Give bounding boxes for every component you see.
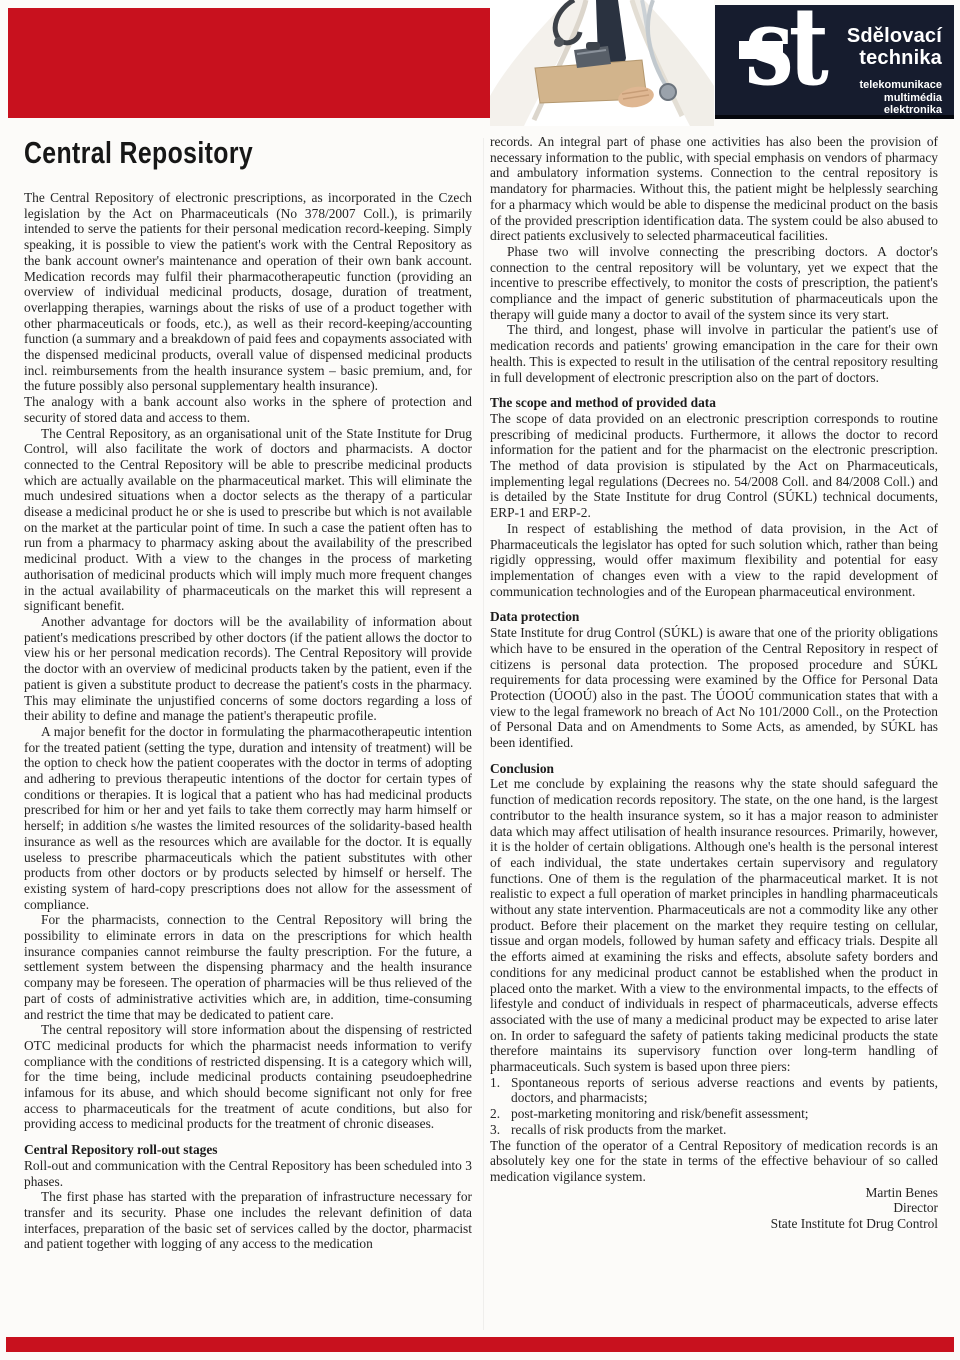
section-heading: Conclusion (490, 761, 938, 777)
paragraph: For the pharmacists, connection to the C… (24, 912, 472, 1022)
header-red-banner (8, 8, 490, 118)
section-heading: Central Repository roll-out stages (24, 1142, 472, 1158)
list-item-text: recalls of risk products from the market… (511, 1122, 938, 1138)
left-column: Central Repository The Central Repositor… (24, 138, 472, 1252)
st-logo-monogram: st (745, 0, 824, 101)
signature-line: State Institute fot Drug Control (490, 1216, 938, 1232)
st-logo-name: Sdělovací technika (847, 25, 942, 69)
paragraph: The central repository will store inform… (24, 1022, 472, 1132)
paragraph: The analogy with a bank account also wor… (24, 394, 472, 425)
signature-line: Martin Benes (490, 1185, 938, 1201)
article-title: Central Repository (24, 138, 382, 168)
paragraph: The first phase has started with the pre… (24, 1189, 472, 1252)
st-logo-tagline-line3: elektronika (859, 104, 942, 117)
numbered-list-item: 3.recalls of risk products from the mark… (490, 1122, 938, 1138)
st-logo-tagline-line2: multimédia (859, 92, 942, 105)
doctor-photo (490, 0, 714, 126)
footer-red-bar (6, 1337, 954, 1352)
list-item-text: Spontaneous reports of serious adverse r… (511, 1075, 938, 1106)
list-item-number: 3. (490, 1122, 511, 1138)
paragraph: Let me conclude by explaining the reason… (490, 776, 938, 1074)
paragraph: Another advantage for doctors will be th… (24, 614, 472, 724)
st-logo-tagline: telekomunikace multimédia elektronika (859, 79, 942, 117)
st-logo-name-line1: Sdělovací (847, 25, 942, 47)
paragraph: A major benefit for the doctor in formul… (24, 724, 472, 912)
paragraph: Phase two will involve connecting the pr… (490, 244, 938, 323)
paragraph: Roll-out and communication with the Cent… (24, 1158, 472, 1189)
list-item-text: post-marketing monitoring and risk/benef… (511, 1106, 938, 1122)
st-logo-tagline-line1: telekomunikace (859, 79, 942, 92)
paragraph: The Central Repository of electronic pre… (24, 190, 472, 394)
right-column: records. An integral part of phase one a… (490, 134, 938, 1232)
clipboard-clip-knob (586, 42, 600, 50)
numbered-list-item: 1.Spontaneous reports of serious adverse… (490, 1075, 938, 1106)
st-logo-name-line2: technika (847, 47, 942, 69)
column-divider (483, 138, 484, 1330)
paragraph: The function of the operator of a Centra… (490, 1138, 938, 1185)
stethoscope-earpiece (554, 37, 564, 47)
section-heading: The scope and method of provided data (490, 395, 938, 411)
list-item-number: 2. (490, 1106, 511, 1122)
section-heading: Data protection (490, 609, 938, 625)
doctor-photo-illustration (490, 0, 714, 126)
paragraph: State Institute for drug Control (SÚKL) … (490, 625, 938, 751)
paragraph: The Central Repository, as an organisati… (24, 426, 472, 614)
list-item-number: 1. (490, 1075, 511, 1106)
numbered-list-item: 2.post-marketing monitoring and risk/ben… (490, 1106, 938, 1122)
paragraph: The third, and longest, phase will invol… (490, 322, 938, 385)
st-logo: st Sdělovací technika telekomunikace mul… (715, 5, 954, 119)
paragraph: The scope of data provided on an electro… (490, 411, 938, 521)
paragraph: In respect of establishing the method of… (490, 521, 938, 600)
signature-line: Director (490, 1200, 938, 1216)
paragraph: records. An integral part of phase one a… (490, 134, 938, 244)
magazine-page: { "theme": { "accent_red": "#c8111e", "l… (0, 0, 960, 1360)
stethoscope-chestpiece (660, 84, 676, 100)
